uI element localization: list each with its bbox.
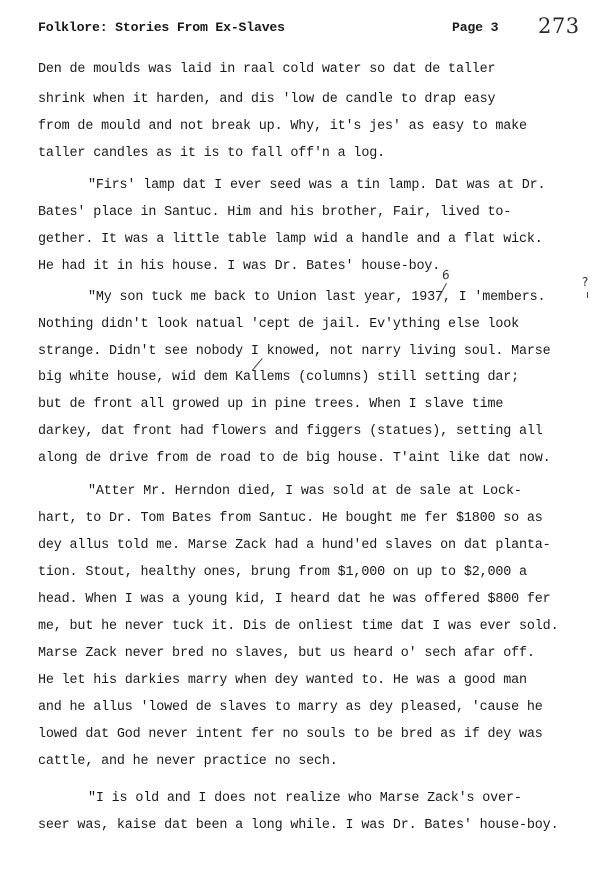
text-line: Den de moulds was laid in raal cold wate… [38,62,495,78]
text-line: dey allus told me. Marse Zack had a hund… [38,538,551,554]
text-line: gether. It was a little table lamp wid a… [38,232,543,248]
text-line: me, but he never tuck it. Dis de onliest… [38,619,558,635]
document-page: Folklore: Stories From Ex-Slaves Page 3 … [0,0,600,879]
text-line: "Firs' lamp dat I ever seed was a tin la… [88,178,545,194]
text-line: taller candles as it is to fall off'n a … [38,146,385,162]
page-header: Folklore: Stories From Ex-Slaves Page 3 … [38,14,574,38]
text-line: "My son tuck me back to Union last year,… [88,290,545,306]
text-line: darkey, dat front had flowers and figger… [38,424,543,440]
text-line: strange. Didn't see nobody I knowed, not… [38,344,551,360]
page-number-label: Page 3 [452,20,498,35]
text-line: along de drive from de road to de big ho… [38,451,551,467]
text-line: lowed dat God never intent fer no souls … [38,727,543,743]
text-line: head. When I was a young kid, I heard da… [38,592,551,608]
text-line: "I is old and I does not realize who Mar… [88,791,522,807]
text-line: "Atter Mr. Herndon died, I was sold at d… [88,484,522,500]
text-line: and he allus 'lowed de slaves to marry a… [38,700,543,716]
text-line: He had it in his house. I was Dr. Bates'… [38,259,440,275]
text-line: seer was, kaise dat been a long while. I… [38,818,558,834]
text-line: shrink when it harden, and dis 'low de c… [38,92,495,108]
text-line: from de mould and not break up. Why, it'… [38,119,527,135]
text-line: cattle, and he never practice no sech. [38,754,338,770]
text-line: but de front all growed up in pine trees… [38,397,503,413]
text-line: He let his darkies marry when dey wanted… [38,673,527,689]
text-line: Bates' place in Santuc. Him and his brot… [38,205,511,221]
handwritten-year-correction: 6 [441,267,451,282]
margin-tick-mark [587,292,588,298]
text-line: hart, to Dr. Tom Bates from Santuc. He b… [38,511,543,527]
text-line: tion. Stout, healthy ones, brung from $1… [38,565,527,581]
collection-title: Folklore: Stories From Ex-Slaves [38,20,285,35]
text-line: Nothing didn't look natual 'cept de jail… [38,317,519,333]
margin-query-mark: ? [582,275,588,289]
folio-number: 273 [538,14,580,38]
text-line: big white house, wid dem Kallems (column… [38,370,519,386]
text-line: Marse Zack never bred no slaves, but us … [38,646,535,662]
